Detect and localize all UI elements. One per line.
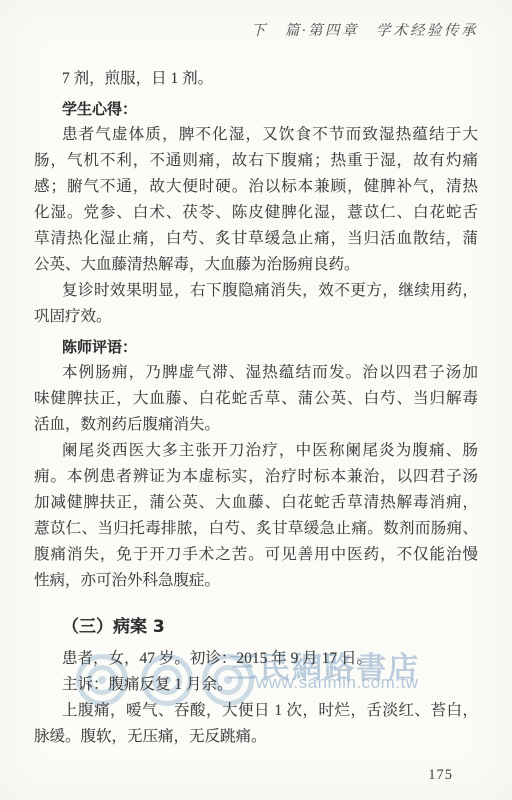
text-line: 主诉：腹痛反复 1 月余。 [34, 672, 478, 698]
text-line: 痈。本例患者辨证为本虚标实，治疗时标本兼治，以四君子汤 [34, 464, 478, 490]
text-line: 患者气虚体质，脾不化湿，又饮食不节而致湿热蕴结于大 [34, 122, 478, 148]
text-line: 患者，女，47 岁。初诊：2015 年 9 月 17 日。 [34, 646, 478, 672]
scanned-book-page: 下 篇·第四章 学术经验传承 三民網路書店 www.sanmin.com.tw … [0, 0, 512, 800]
text-line: 加减健脾扶正，蒲公英、大血藤、白花蛇舌草清热解毒消痈， [34, 490, 478, 516]
text-line: 活血，数剂药后腹痛消失。 [34, 412, 478, 438]
text-line: 脉缓。腹软，无压痛，无反跳痛。 [34, 724, 478, 750]
text-line: 腹痛消失，免于开刀手术之苦。可见善用中医药，不仅能治慢 [34, 542, 478, 568]
text-line: 肠，气机不利，不通则痛，故右下腹痛；热重于湿，故有灼痛 [34, 148, 478, 174]
text-line: 薏苡仁、当归托毒排脓，白芍、炙甘草缓急止痛。数剂而肠痈、 [34, 516, 478, 542]
running-header: 下 篇·第四章 学术经验传承 [251, 19, 478, 40]
page-text-block: 7 剂，煎服，日 1 剂。学生心得：患者气虚体质，脾不化湿，又饮食不节而致湿热蕴… [34, 66, 478, 750]
text-line: 巩固疗效。 [34, 304, 478, 330]
text-line: 本例肠痈，乃脾虚气滞、湿热蕴结而发。治以四君子汤加 [34, 360, 478, 386]
text-line: 感；腑气不通，故大便时硬。治以标本兼顾，健脾补气，清热 [34, 174, 478, 200]
text-line: 7 剂，煎服，日 1 剂。 [34, 66, 478, 92]
paragraph-heading: 陈师评语： [34, 334, 478, 360]
paragraph-heading: 学生心得： [34, 96, 478, 122]
text-line: 味健脾扶正，大血藤、白花蛇舌草、蒲公英、白芍、当归解毒 [34, 386, 478, 412]
text-line: 上腹痛，嗳气、吞酸，大便日 1 次，时烂，舌淡红、苔白， [34, 698, 478, 724]
text-line: 草清热化湿止痛，白芍、炙甘草缓急止痛，当归活血散结，蒲 [34, 226, 478, 252]
text-line: 公英、大血藤清热解毒，大血藤为治肠痈良药。 [34, 252, 478, 278]
page-number: 175 [428, 767, 453, 784]
text-line: 化湿。党参、白术、茯苓、陈皮健脾化湿，薏苡仁、白花蛇舌 [34, 200, 478, 226]
text-line: 阑尾炎西医大多主张开刀治疗，中医称阑尾炎为腹痛、肠 [34, 438, 478, 464]
text-line: 性病，亦可治外科急腹症。 [34, 568, 478, 594]
section-heading: （三）病案 3 [34, 614, 478, 640]
text-line: 复诊时效果明显，右下腹隐痛消失，效不更方，继续用药， [34, 278, 478, 304]
